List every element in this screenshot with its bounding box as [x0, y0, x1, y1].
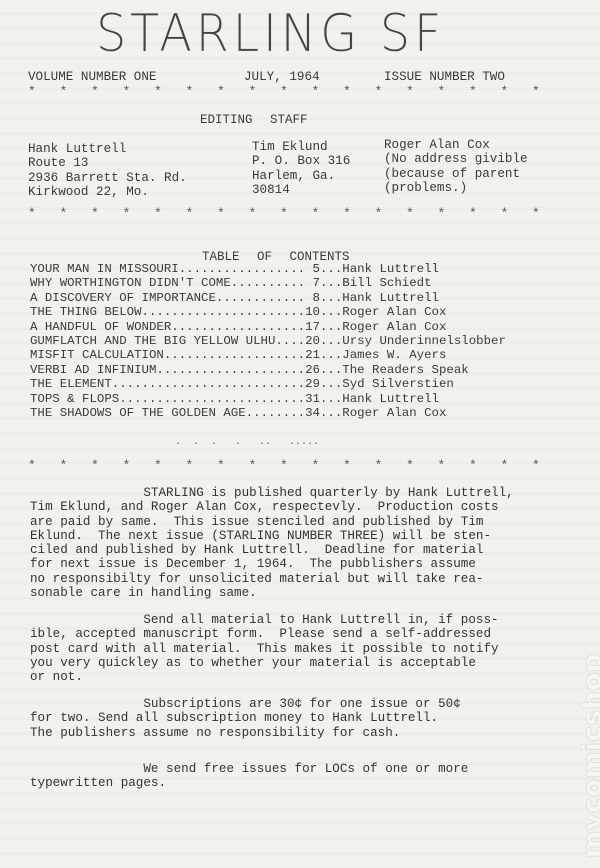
star-divider: *****************	[28, 206, 564, 221]
toc-entry: THE THING BELOW......................10.…	[30, 305, 506, 319]
star-glyph: *	[186, 84, 218, 99]
star-glyph: *	[438, 206, 470, 221]
star-glyph: *	[280, 206, 312, 221]
star-glyph: *	[532, 84, 564, 99]
toc-entry: WHY WORTHINGTON DIDN'T COME.......... 7.…	[30, 276, 506, 290]
star-glyph: *	[28, 84, 60, 99]
star-glyph: *	[312, 206, 344, 221]
star-glyph: *	[60, 84, 92, 99]
star-glyph: *	[91, 84, 123, 99]
star-glyph: *	[501, 84, 533, 99]
publication-info-paragraph: STARLING is published quarterly by Hank …	[30, 486, 514, 600]
toc-entry-author: ...Hank Luttrell	[320, 392, 439, 406]
star-glyph: *	[154, 458, 186, 473]
editor-roger-alan-cox: Roger Alan Cox (No address givible (beca…	[384, 138, 528, 195]
star-glyph: *	[406, 206, 438, 221]
star-glyph: *	[123, 206, 155, 221]
masthead-title: STARLING SF	[96, 8, 445, 60]
toc-entry-author: ...Roger Alan Cox	[320, 406, 446, 420]
toc-entry-title: THE SHADOWS OF THE GOLDEN AGE........34	[30, 406, 320, 420]
toc-entry-title: GUMFLATCH AND THE BIG YELLOW ULHU....20	[30, 334, 320, 348]
toc-entry-title: THE ELEMENT..........................29	[30, 377, 320, 391]
toc-entry: A HANDFUL OF WONDER..................17.…	[30, 320, 506, 334]
fanzine-page: STARLING SF VOLUME NUMBER ONE JULY, 1964…	[0, 0, 600, 868]
star-glyph: *	[28, 458, 60, 473]
subscription-paragraph: Subscriptions are 30¢ for one issue or 5…	[30, 697, 461, 740]
toc-entry-title: VERBI AD INFINIUM....................26	[30, 363, 320, 377]
star-glyph: *	[280, 458, 312, 473]
star-glyph: *	[532, 458, 564, 473]
toc-entry-title: MISFIT CALCULATION...................21	[30, 348, 320, 362]
star-glyph: *	[249, 458, 281, 473]
star-glyph: *	[343, 84, 375, 99]
star-glyph: *	[532, 206, 564, 221]
toc-entry: A DISCOVERY OF IMPORTANCE............ 8.…	[30, 291, 506, 305]
watermark: mycomicshop	[578, 653, 600, 858]
star-glyph: *	[249, 84, 281, 99]
toc-entry: MISFIT CALCULATION...................21.…	[30, 348, 506, 362]
toc-entry-title: THE THING BELOW......................10	[30, 305, 320, 319]
toc-entry: THE ELEMENT..........................29.…	[30, 377, 506, 391]
star-glyph: *	[375, 458, 407, 473]
star-glyph: *	[28, 206, 60, 221]
toc-entry-author: ...Hank Luttrell	[320, 262, 439, 276]
toc-entry-author: ...Syd Silverstien	[320, 377, 454, 391]
letters-of-comment-paragraph: We send free issues for LOCs of one or m…	[30, 762, 468, 791]
toc-entry: TOPS & FLOPS.........................31.…	[30, 392, 506, 406]
toc-entry-author: ...Hank Luttrell	[320, 291, 439, 305]
star-glyph: *	[60, 206, 92, 221]
star-glyph: *	[217, 206, 249, 221]
star-glyph: *	[343, 458, 375, 473]
star-glyph: *	[154, 84, 186, 99]
table-of-contents: YOUR MAN IN MISSOURI................. 5.…	[30, 262, 506, 420]
toc-entry-title: A HANDFUL OF WONDER..................17	[30, 320, 320, 334]
toc-entry-author: ...Roger Alan Cox	[320, 305, 446, 319]
star-glyph: *	[217, 84, 249, 99]
star-glyph: *	[375, 84, 407, 99]
star-glyph: *	[91, 458, 123, 473]
editor-tim-eklund: Tim Eklund P. O. Box 316 Harlem, Ga. 308…	[252, 140, 350, 197]
toc-entry-title: WHY WORTHINGTON DIDN'T COME.......... 7	[30, 276, 320, 290]
toc-entry-title: A DISCOVERY OF IMPORTANCE............ 8	[30, 291, 320, 305]
star-glyph: *	[91, 206, 123, 221]
star-glyph: *	[312, 458, 344, 473]
star-glyph: *	[501, 458, 533, 473]
star-glyph: *	[186, 458, 218, 473]
ink-specks: . . . . .. .....	[175, 437, 319, 448]
star-glyph: *	[249, 206, 281, 221]
toc-entry-author: ...The Readers Speak	[320, 363, 469, 377]
star-glyph: *	[406, 458, 438, 473]
volume-label: VOLUME NUMBER ONE	[28, 70, 156, 84]
issue-number: ISSUE NUMBER TWO	[384, 70, 505, 84]
toc-entry: YOUR MAN IN MISSOURI................. 5.…	[30, 262, 506, 276]
star-glyph: *	[438, 84, 470, 99]
star-divider: *****************	[28, 458, 564, 473]
star-glyph: *	[501, 206, 533, 221]
star-glyph: *	[217, 458, 249, 473]
star-glyph: *	[438, 458, 470, 473]
star-glyph: *	[343, 206, 375, 221]
star-divider: *****************	[28, 84, 564, 99]
star-glyph: *	[375, 206, 407, 221]
toc-entry-author: ...Ursy Underinnelslobber	[320, 334, 506, 348]
star-glyph: *	[312, 84, 344, 99]
star-glyph: *	[154, 206, 186, 221]
toc-entry: THE SHADOWS OF THE GOLDEN AGE........34.…	[30, 406, 506, 420]
toc-entry-author: ...James W. Ayers	[320, 348, 446, 362]
star-glyph: *	[469, 458, 501, 473]
star-glyph: *	[280, 84, 312, 99]
toc-entry-title: TOPS & FLOPS.........................31	[30, 392, 320, 406]
toc-entry-author: ...Roger Alan Cox	[320, 320, 446, 334]
editing-staff-heading: EDITING STAFF	[200, 113, 308, 127]
star-glyph: *	[123, 458, 155, 473]
star-glyph: *	[469, 84, 501, 99]
editor-hank-luttrell: Hank Luttrell Route 13 2936 Barrett Sta.…	[28, 142, 187, 199]
star-glyph: *	[186, 206, 218, 221]
star-glyph: *	[60, 458, 92, 473]
star-glyph: *	[406, 84, 438, 99]
star-glyph: *	[123, 84, 155, 99]
star-glyph: *	[469, 206, 501, 221]
submission-paragraph: Send all material to Hank Luttrell in, i…	[30, 613, 499, 684]
issue-date: JULY, 1964	[244, 70, 320, 84]
toc-entry-title: YOUR MAN IN MISSOURI................. 5	[30, 262, 320, 276]
toc-entry: GUMFLATCH AND THE BIG YELLOW ULHU....20.…	[30, 334, 506, 348]
toc-entry-author: ...Bill Schiedt	[320, 276, 432, 290]
toc-entry: VERBI AD INFINIUM....................26.…	[30, 363, 506, 377]
